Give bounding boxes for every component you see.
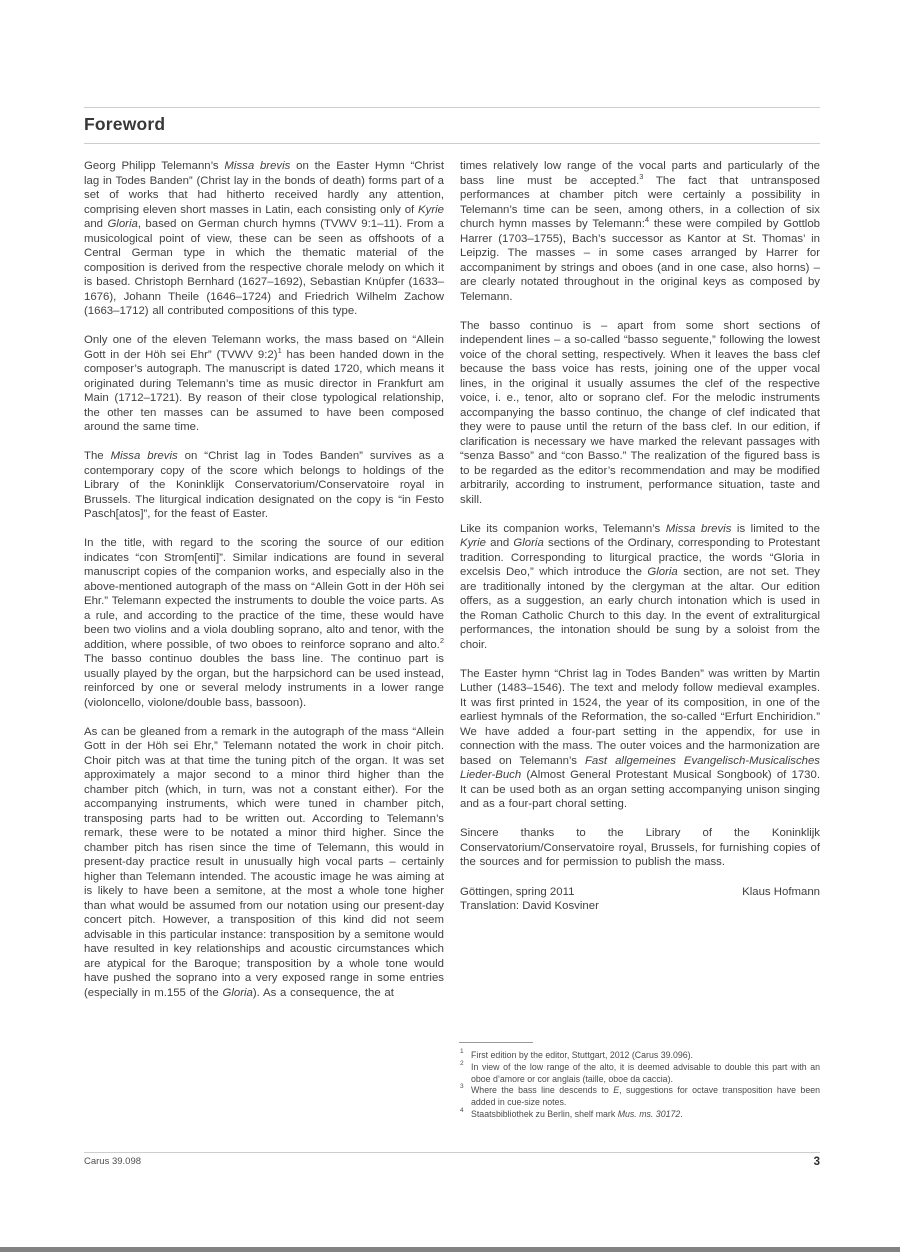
paragraph: The basso continuo is – apart from some … — [460, 319, 820, 508]
header-top-rule — [84, 107, 820, 108]
footnote: 3 Where the bass line descends to E, sug… — [459, 1085, 820, 1109]
document-page: Foreword Georg Philipp Telemann’s Missa … — [0, 0, 900, 1252]
paragraph: Only one of the eleven Telemann works, t… — [84, 333, 444, 435]
footnote: 4 Staatsbibliothek zu Berlin, shelf mark… — [459, 1109, 820, 1121]
footnotes-section: 1 First edition by the editor, Stuttgart… — [459, 1042, 820, 1121]
paragraph: As can be gleaned from a remark in the a… — [84, 725, 444, 1001]
page-footer: Carus 39.098 3 — [84, 1152, 820, 1168]
catalog-number: Carus 39.098 — [84, 1156, 141, 1167]
paragraph: In the title, with regard to the scoring… — [84, 536, 444, 710]
footnote-text: First edition by the editor, Stuttgart, … — [471, 1050, 693, 1060]
foreword-header: Foreword — [84, 107, 820, 144]
paragraph: times relatively low range of the vocal … — [460, 159, 820, 304]
footnote-separator-rule — [459, 1042, 533, 1043]
paragraph: Sincere thanks to the Library of the Kon… — [460, 826, 820, 870]
page-title: Foreword — [84, 114, 820, 135]
two-column-body: Georg Philipp Telemann’s Missa brevis on… — [84, 159, 820, 1000]
footnote-text: Where the bass line descends to E, sugge… — [471, 1085, 820, 1107]
paragraph: Like its companion works, Telemann’s Mis… — [460, 522, 820, 653]
right-column: times relatively low range of the vocal … — [460, 159, 820, 1000]
scan-edge-bar — [0, 1247, 900, 1252]
paragraph: The Missa brevis on “Christ lag in Todes… — [84, 449, 444, 522]
footnote: 1 First edition by the editor, Stuttgart… — [459, 1050, 820, 1062]
footnote-text: Staatsbibliothek zu Berlin, shelf mark M… — [471, 1109, 683, 1119]
left-column: Georg Philipp Telemann’s Missa brevis on… — [84, 159, 444, 1000]
signature-block: Göttingen, spring 2011 Klaus Hofmann Tra… — [460, 885, 820, 914]
paragraph: The Easter hymn “Christ lag in Todes Ban… — [460, 667, 820, 812]
footnote-text: In view of the low range of the alto, it… — [471, 1062, 820, 1084]
paragraph: Georg Philipp Telemann’s Missa brevis on… — [84, 159, 444, 319]
header-bottom-rule — [84, 143, 820, 144]
page-number: 3 — [814, 1156, 820, 1168]
footnote: 2 In view of the low range of the alto, … — [459, 1062, 820, 1086]
signature-author: Klaus Hofmann — [742, 885, 820, 900]
signature-place-date: Göttingen, spring 2011 — [460, 885, 574, 900]
signature-translation: Translation: David Kosviner — [460, 899, 820, 914]
